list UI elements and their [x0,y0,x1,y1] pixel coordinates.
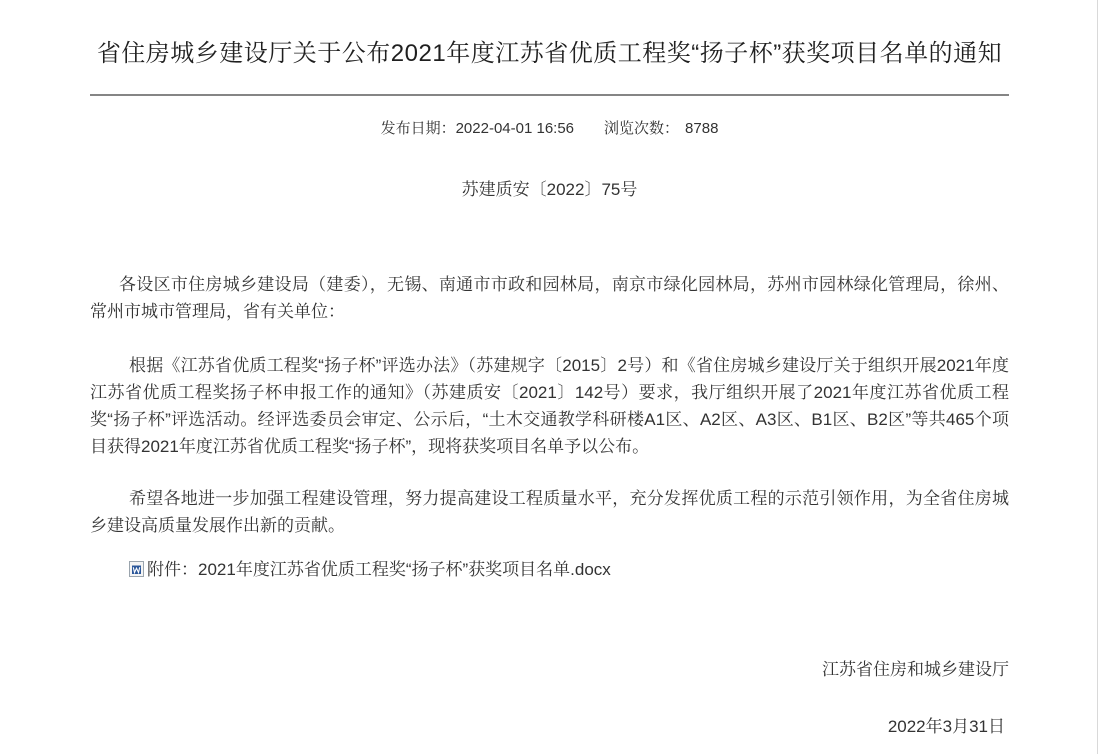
views-label: 浏览次数： [604,120,679,137]
paragraph-expectation: 希望各地进一步加强工程建设管理，努力提高建设工程质量水平，充分发挥优质工程的示范… [90,485,1009,539]
paragraph-addressees: 各设区市住房城乡建设局（建委），无锡、南通市市政和园林局，南京市绿化园林局，苏州… [90,271,1009,325]
article-meta: 发布日期：2022-04-01 16:56浏览次数：8788 [90,117,1009,138]
issuer-name: 江苏省住房和城乡建设厅 [90,655,1009,680]
paragraph-award-announcement: 根据《江苏省优质工程奖“扬子杯”评选办法》（苏建规字〔2015〕2号）和《省住房… [90,352,1009,460]
docx-file-icon [129,558,144,585]
attachment-row: 附件：2021年度江苏省优质工程奖“扬子杯”获奖项目名单.docx [90,556,1009,585]
attachment-link[interactable]: 附件：2021年度江苏省优质工程奖“扬子杯”获奖项目名单.docx [129,560,611,579]
title-divider [90,94,1009,96]
page-title: 省住房城乡建设厅关于公布2021年度江苏省优质工程奖“扬子杯”获奖项目名单的通知 [90,0,1009,72]
views-value: 8788 [685,120,718,137]
publish-date-value: 2022-04-01 16:56 [456,120,574,137]
issue-date: 2022年3月31日 [90,712,1009,737]
document-number: 苏建质安〔2022〕75号 [90,175,1009,200]
attachment-label: 附件： [147,560,198,579]
publish-date-label: 发布日期： [381,120,456,137]
attachment-filename: 2021年度江苏省优质工程奖“扬子杯”获奖项目名单.docx [198,560,611,579]
notice-page: 省住房城乡建设厅关于公布2021年度江苏省优质工程奖“扬子杯”获奖项目名单的通知… [0,0,1098,754]
notice-content: 省住房城乡建设厅关于公布2021年度江苏省优质工程奖“扬子杯”获奖项目名单的通知… [0,0,1097,737]
